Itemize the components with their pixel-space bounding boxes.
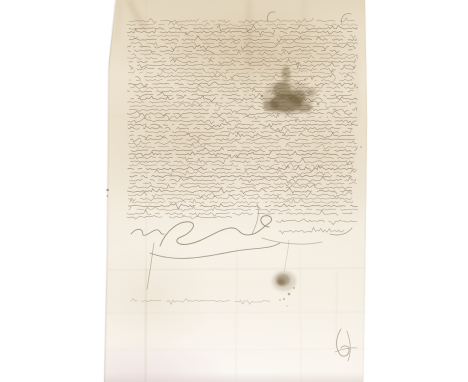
manuscript-photograph <box>0 0 468 382</box>
manuscript-artwork <box>0 0 468 382</box>
handwriting-extra-lines <box>127 210 357 304</box>
small-ink-blot <box>272 271 296 291</box>
edge-flecks <box>106 146 362 197</box>
